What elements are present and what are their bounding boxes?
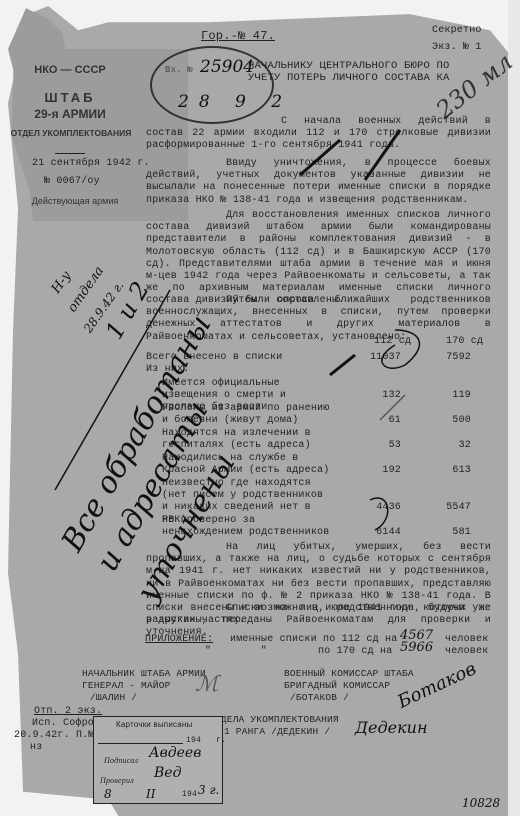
pen-strokes [0,0,520,816]
